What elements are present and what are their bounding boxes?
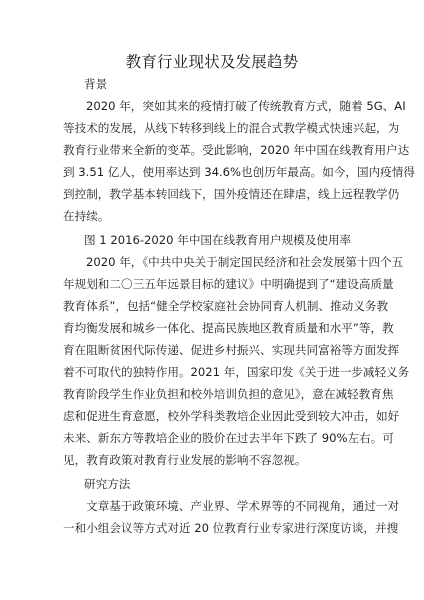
text-line: 虑和促进生育意愿，校外学科类教培企业因此受到较大冲击，如好	[63, 405, 363, 427]
text-line: 在持续。	[63, 205, 363, 227]
text-line: 见，教育政策对教育行业发展的影响不容忽视。	[63, 449, 363, 471]
section-heading-background: 背景	[84, 73, 107, 95]
paragraph-methods: 文章基于政策环境、产业界、学术界等的不同视角，通过一对 一和小组会议等方式对近 …	[63, 495, 363, 539]
document-title: 教育行业现状及发展趋势	[0, 52, 424, 72]
text-line: 一和小组会议等方式对近 20 位教育行业专家进行深度访谈，并搜	[63, 517, 363, 539]
text-line: 文章基于政策环境、产业界、学术界等的不同视角，通过一对	[63, 495, 363, 517]
text-line: 教育阶段学生作业负担和校外培训负担的意见》，意在减轻教育焦	[63, 383, 363, 405]
text-line: 等技术的发展，从线下转移到线上的混合式教学模式快速兴起，为	[63, 117, 363, 139]
document-page: 教育行业现状及发展趋势 背景 2020 年，突如其来的疫情打破了传统教育方式，随…	[0, 0, 424, 600]
text-line: 2020 年，《中共中央关于制定国民经济和社会发展第十四个五	[63, 251, 363, 273]
section-heading-methods: 研究方法	[84, 473, 130, 495]
text-line: 年规划和二〇三五年远景目标的建议》中明确提到了“建设高质量	[63, 273, 363, 295]
paragraph-policy: 2020 年，《中共中央关于制定国民经济和社会发展第十四个五 年规划和二〇三五年…	[63, 251, 363, 471]
text-line: 育在阻断贫困代际传递、促进乡村振兴、实现共同富裕等方面发挥	[63, 339, 363, 361]
text-line: 2020 年，突如其来的疫情打破了传统教育方式，随着 5G、AI	[63, 95, 363, 117]
text-line: 到 3.51 亿人，使用率达到 34.6%也创历年最高。如今，国内疫情得	[63, 161, 363, 183]
text-line: 到控制，教学基本转回线下，国外疫情还在肆虐，线上远程教学仍	[63, 183, 363, 205]
text-line: 育均衡发展和城乡一体化、提高民族地区教育质量和水平”等，教	[63, 317, 363, 339]
figure-caption: 图 1 2016-2020 年中国在线教育用户规模及使用率	[84, 229, 351, 251]
text-line: 教育体系”，包括“健全学校家庭社会协同育人机制、推动义务教	[63, 295, 363, 317]
text-line: 未来、新东方等教培企业的股价在过去半年下跌了 90%左右。可	[63, 427, 363, 449]
paragraph-background: 2020 年，突如其来的疫情打破了传统教育方式，随着 5G、AI 等技术的发展，…	[63, 95, 363, 227]
text-line: 教育行业带来全新的变革。受此影响，2020 年中国在线教育用户达	[63, 139, 363, 161]
text-line: 着不可取代的独特作用。2021 年，国家印发《关于进一步减轻义务	[63, 361, 363, 383]
